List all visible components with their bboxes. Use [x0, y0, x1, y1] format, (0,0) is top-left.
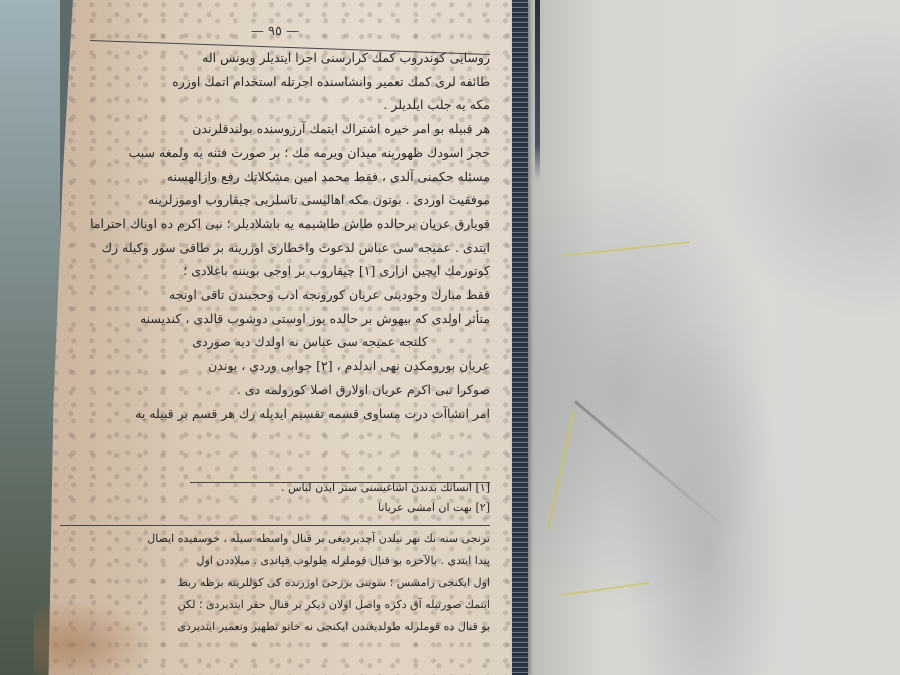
text-line: پیدا ایتدی . بالآخره بو قنال قوملرله طول…	[60, 550, 490, 572]
text-line: ایتمك صورتیله آق دکزه واصل اولان دیکر بر…	[60, 594, 490, 616]
footnote-2: [۲] بهت ان امشی عریانا	[210, 498, 490, 518]
text-line: عریان بورومکدن نهی اندلدم ، [۲] جوابی ور…	[70, 354, 490, 378]
text-line: حجر اسودك ظهورینه میدان ویرمه مك ؛ بر صو…	[70, 141, 490, 165]
open-book-photo: — ٩٥ — روسایی کوندروب کمك کرارسنی اجرا ا…	[0, 0, 900, 675]
lower-text: ترنجی سنه نك نهر نیلدن آچدیردیغی بر قنال…	[60, 528, 490, 638]
section-rule	[60, 525, 490, 526]
text-line: ایتدی . عمیجه سی عباس لدعوت واخطاری اوزر…	[70, 236, 490, 260]
spine-shadow	[535, 0, 540, 180]
text-line: هر قبیله بو امر خیره اشتراك ایتمك آرزوسن…	[70, 117, 490, 141]
footnotes: [۱] انسانك بدندن اشاغیسنی ستر ایدن لباس …	[210, 478, 490, 518]
footnote-1: [۱] انسانك بدندن اشاغیسنی ستر ایدن لباس …	[210, 478, 490, 498]
page-number: — ٩٥ —	[60, 24, 490, 39]
text-line: فقط مبارك وجودینی عریان کورونجه ادب وحجب…	[70, 283, 490, 307]
book-spine-stitching	[512, 0, 528, 675]
text-line: بو قنال ده قوملرله طولدیغندن ایکنجی نه خ…	[60, 616, 490, 638]
text-line: موفقیت اوردی . بوتون مکه اهالیسی تاسلریی…	[70, 188, 490, 212]
right-blank-page	[528, 0, 900, 675]
page-text-block: — ٩٥ — روسایی کوندروب کمك کرارسنی اجرا ا…	[60, 20, 490, 670]
text-line: کوتورمك ایچین ازاری [۱] چیقاروب بر اوجی …	[70, 259, 490, 283]
text-line: صوکرا نبی اکرم عریان اولارق اصلا کورولمه…	[70, 378, 490, 402]
text-line: مسئله حکمنی آلدی ، فقط محمد امین مشکلاتك…	[70, 165, 490, 189]
text-line: امر انشاآت درت مساوی قسمه تقسیم ایدیله ر…	[70, 402, 490, 426]
text-line: قویارق عریان برحالده طاش طاشیمه یه باشلا…	[70, 212, 490, 236]
text-line: اول ایکنجی رامسس ؛ سوینی برزحی اوزرنده ک…	[60, 572, 490, 594]
text-line: روسایی کوندروب کمك کرارسنی اجرا ایتدیلر …	[70, 46, 490, 70]
text-line: طائفه لری کمك تعمیر وانشاسنده اجرتله است…	[70, 70, 490, 94]
text-line: ترنجی سنه نك نهر نیلدن آچدیردیغی بر قنال…	[60, 528, 490, 550]
text-line: کلنجه عمیجه سی عباس نه اولدك دیه صوردی	[70, 330, 490, 354]
text-line: متأثر اولدی که بیهوش بر حالده یوز اوستی …	[70, 307, 490, 331]
text-line: مکه یه جلب ایلدیلر .	[70, 93, 490, 117]
body-text: روسایی کوندروب کمك کرارسنی اجرا ایتدیلر …	[70, 46, 490, 425]
